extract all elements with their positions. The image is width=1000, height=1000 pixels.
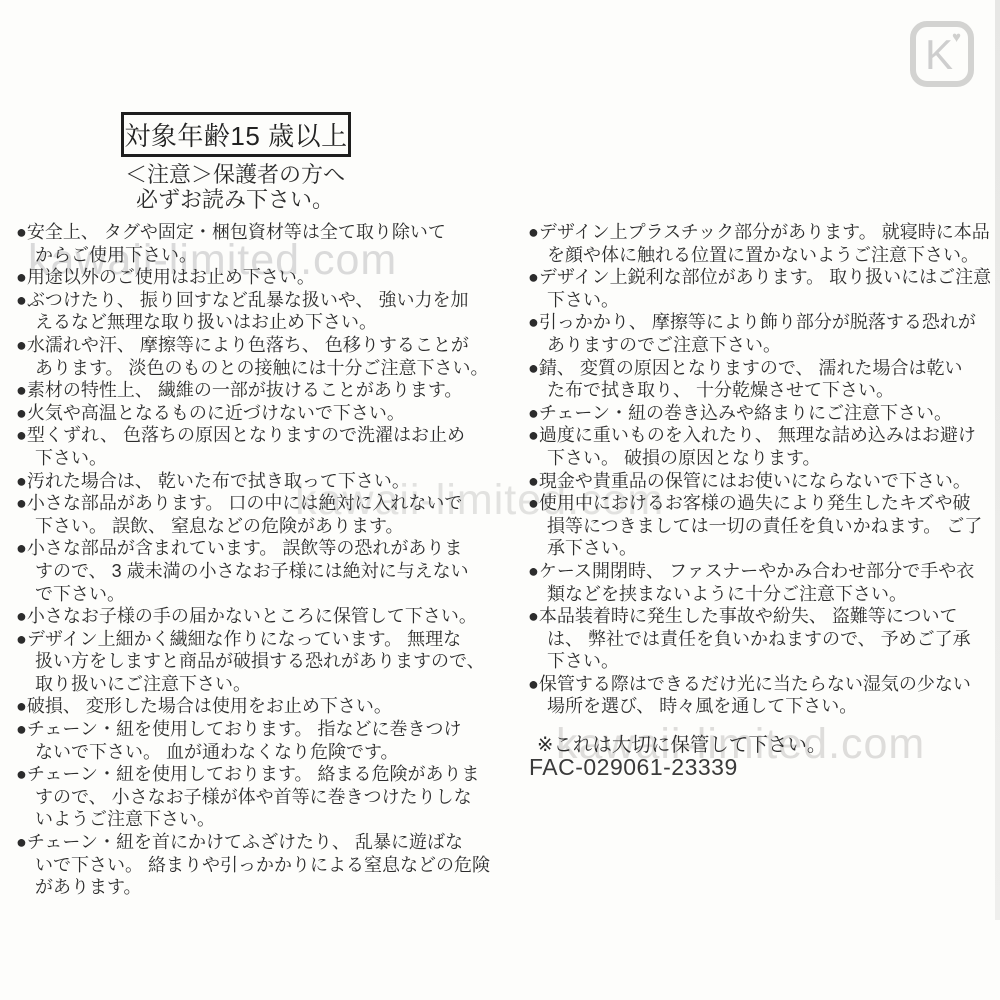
product-code: FAC-029061-23339 (529, 754, 738, 781)
warning-item: ●デザイン上プラスチック部分があります。 就寝時に本品 を顔や体に触れる位置に置… (528, 221, 1000, 266)
warning-item: ●過度に重いものを入れたり、 無理な詰め込みはお避け 下さい。 破損の原因となり… (528, 424, 1000, 469)
warning-item: ●錆、 変質の原因となりますので、 濡れた場合は乾い た布で拭き取り、 十分乾燥… (528, 357, 1000, 402)
notice-line1: ＜注意＞保護者の方へ (85, 163, 385, 188)
warning-item: ●小さな部品があります。 口の中には絶対に入れないで 下さい。 誤飲、 窒息など… (16, 492, 521, 537)
warning-item: ●チェーン・紐の巻き込みや絡まりにご注意下さい。 (528, 402, 1000, 425)
warning-item: ●型くずれ、 色落ちの原因となりますので洗濯はお止め 下さい。 (16, 424, 521, 469)
warning-item: ●現金や貴重品の保管にはお使いにならないで下さい。 (528, 470, 1000, 493)
age-restriction-label: 対象年齢15 歳以上 (124, 116, 347, 153)
storage-note: ※これは大切に保管して下さい。 (537, 729, 826, 757)
warning-item: ●火気や高温となるものに近づけないで下さい。 (16, 402, 521, 425)
warning-item: ●チェーン・紐を使用しております。 絡まる危険がありま すので、 小さなお子様が… (16, 763, 521, 831)
warning-item: ●安全上、 タグや固定・梱包資材等は全て取り除いて からご使用下さい。 (16, 221, 521, 266)
warning-item: ●汚れた場合は、 乾いた布で拭き取って下さい。 (16, 470, 521, 493)
brand-logo: K ♥ (910, 21, 974, 87)
scan-edge-artifact (995, 0, 1000, 920)
notice-line2: 必ずお読み下さい。 (85, 188, 385, 213)
warning-item: ●本品装着時に発生した事故や紛失、 盗難等について は、 弊社では責任を負いかね… (528, 605, 1000, 673)
warning-item: ●チェーン・紐を首にかけてふざけたり、 乱暴に遊ばな いで下さい。 絡まりや引っ… (16, 831, 521, 899)
heart-icon: ♥ (952, 30, 961, 45)
warnings-column-right: ●デザイン上プラスチック部分があります。 就寝時に本品 を顔や体に触れる位置に置… (528, 221, 1000, 718)
warning-item: ●小さな部品が含まれています。 誤飲等の恐れがありま すので、 3 歳未満の小さ… (16, 537, 521, 605)
caution-sheet: kawaii-limited.com kawaii-limited.com ka… (0, 0, 1000, 1000)
warning-item: ●使用中におけるお客様の過失により発生したキズや破 損等につきましては一切の責任… (528, 492, 1000, 560)
warning-item: ●小さなお子様の手の届かないところに保管して下さい。 (16, 605, 521, 628)
warning-item: ●ケース開閉時、 ファスナーやかみ合わせ部分で手や衣 類などを挟まないように十分… (528, 560, 1000, 605)
warning-item: ●破損、 変形した場合は使用をお止め下さい。 (16, 695, 521, 718)
warning-item: ●用途以外のご使用はお止め下さい。 (16, 266, 521, 289)
warning-item: ●保管する際はできるだけ光に当たらない湿気の少ない 場所を選び、 時々風を通して… (528, 673, 1000, 718)
warnings-column-left: ●安全上、 タグや固定・梱包資材等は全て取り除いて からご使用下さい。 ●用途以… (16, 221, 521, 899)
warning-item: ●デザイン上細かく繊細な作りになっています。 無理な 扱い方をしますと商品が破損… (16, 628, 521, 696)
notice-heading: ＜注意＞保護者の方へ 必ずお読み下さい。 (85, 163, 385, 212)
warning-item: ●引っかかり、 摩擦等により飾り部分が脱落する恐れが ありますのでご注意下さい。 (528, 311, 1000, 356)
warning-item: ●チェーン・紐を使用しております。 指などに巻きつけ ないで下さい。 血が通わな… (16, 718, 521, 763)
warning-item: ●ぶつけたり、 振り回すなど乱暴な扱いや、 強い力を加 えるなど無理な取り扱いは… (16, 289, 521, 334)
warning-item: ●デザイン上鋭利な部位があります。 取り扱いにはご注意 下さい。 (528, 266, 1000, 311)
warning-item: ●水濡れや汗、 摩擦等により色落ち、 色移りすることが あります。 淡色のものと… (16, 334, 521, 379)
warning-item: ●素材の特性上、 繊維の一部が抜けることがあります。 (16, 379, 521, 402)
age-restriction-box: 対象年齢15 歳以上 (121, 112, 351, 157)
